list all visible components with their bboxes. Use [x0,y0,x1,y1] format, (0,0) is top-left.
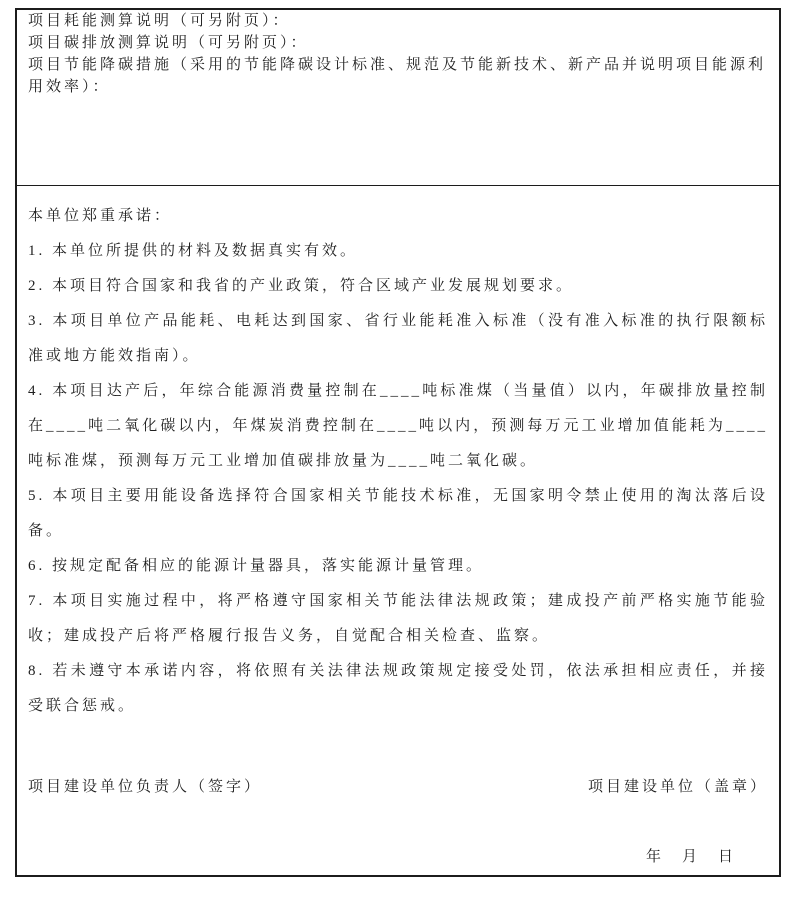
signer-signature-label: 项目建设单位负责人（签字） [28,770,262,805]
signature-row: 项目建设单位负责人（签字） 项目建设单位（盖章） [28,770,768,805]
energy-consumption-note-label: 项目耗能测算说明（可另附页）： [28,10,768,32]
energy-saving-measures-label: 项目节能降碳措施（采用的节能降碳设计标准、规范及节能新技术、新产品并说明项目能源… [28,54,768,98]
carbon-emission-note-label: 项目碳排放测算说明（可另附页）： [28,32,768,54]
commitment-item-8: 8. 若未遵守本承诺内容，将依照有关法律法规政策规定接受处罚，依法承担相应责任，… [28,654,768,724]
commitment-item-2: 2. 本项目符合国家和我省的产业政策，符合区域产业发展规划要求。 [28,269,768,304]
commitment-section: 本单位郑重承诺： 1. 本单位所提供的材料及数据真实有效。 2. 本项目符合国家… [17,186,779,875]
commitment-item-1: 1. 本单位所提供的材料及数据真实有效。 [28,234,768,269]
form-sheet: 项目耗能测算说明（可另附页）： 项目碳排放测算说明（可另附页）： 项目节能降碳措… [15,8,781,877]
unit-seal-label: 项目建设单位（盖章） [588,770,768,805]
commitment-heading: 本单位郑重承诺： [28,199,768,234]
commitment-item-4: 4. 本项目达产后，年综合能源消费量控制在____吨标准煤（当量值）以内，年碳排… [28,374,768,479]
date-line-label: 年 月 日 [646,849,736,865]
document-page: 项目耗能测算说明（可另附页）： 项目碳排放测算说明（可另附页）： 项目节能降碳措… [0,0,799,915]
commitment-item-7: 7. 本项目实施过程中，将严格遵守国家相关节能法律法规政策；建成投产前严格实施节… [28,584,768,654]
commitment-item-6: 6. 按规定配备相应的能源计量器具，落实能源计量管理。 [28,549,768,584]
date-row: 年 月 日 [28,840,768,875]
commitment-item-5: 5. 本项目主要用能设备选择符合国家相关节能技术标准，无国家明令禁止使用的淘汰落… [28,479,768,549]
commitment-item-3: 3. 本项目单位产品能耗、电耗达到国家、省行业能耗准入标准（没有准入标准的执行限… [28,304,768,374]
measurement-notes-section: 项目耗能测算说明（可另附页）： 项目碳排放测算说明（可另附页）： 项目节能降碳措… [17,10,779,186]
